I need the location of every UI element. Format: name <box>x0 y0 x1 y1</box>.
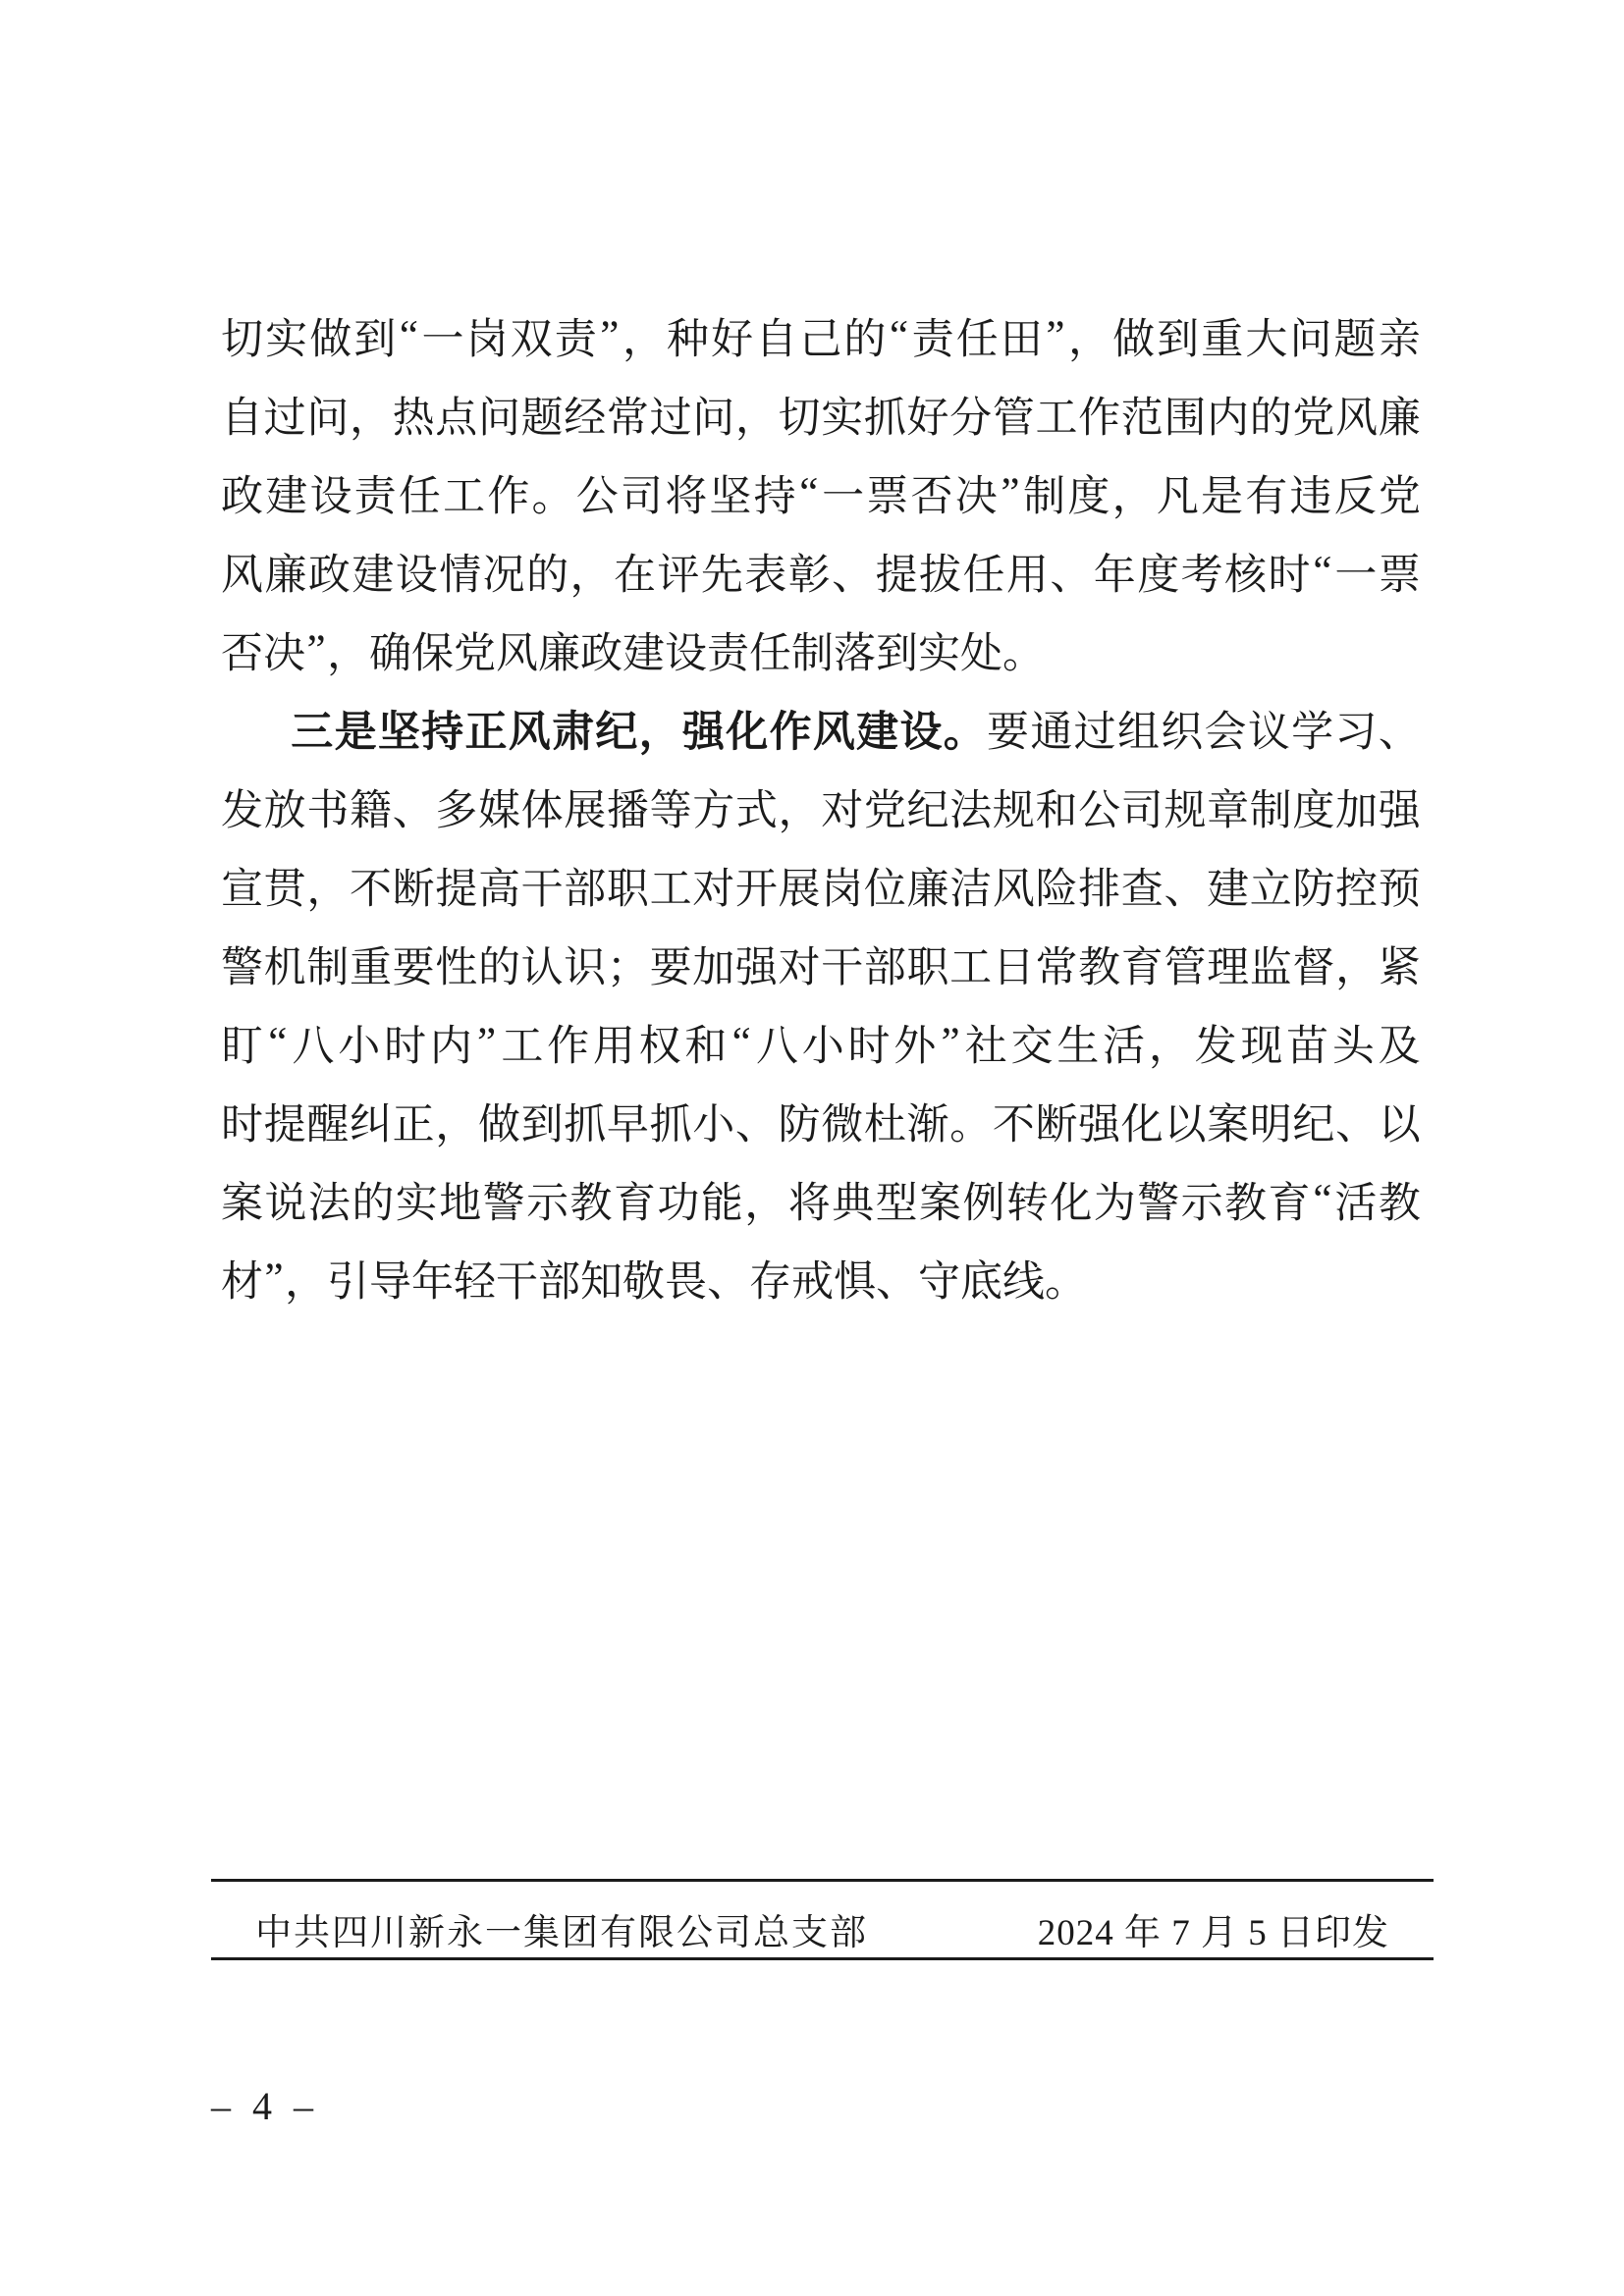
glyph: 到 <box>353 306 396 366</box>
glyph: 现 <box>1240 1013 1282 1073</box>
glyph: 监 <box>1250 934 1292 994</box>
glyph: 年 <box>411 1249 454 1308</box>
glyph: 度 <box>1292 777 1334 837</box>
glyph: 公 <box>1078 777 1120 837</box>
glyph: 确 <box>369 620 411 680</box>
glyph: 否 <box>221 620 263 680</box>
glyph: 早 <box>607 1092 649 1151</box>
document-page: 切实做到“一岗双责”，种好自己的“责任田”，做到重大问题亲自过问，热点问题经常过… <box>0 0 1624 2296</box>
glyph: 一 <box>822 463 864 523</box>
glyph: 过 <box>650 385 692 445</box>
glyph: 制 <box>306 934 349 994</box>
glyph: 问 <box>306 385 349 445</box>
glyph: 功 <box>657 1170 699 1230</box>
glyph: 工 <box>1035 385 1077 445</box>
glyph: 廉 <box>264 542 306 602</box>
glyph: 政 <box>580 620 623 680</box>
glyph: 惧 <box>834 1249 876 1308</box>
glyph: 工 <box>443 463 485 523</box>
glyph: 到 <box>521 1092 564 1151</box>
glyph: 防 <box>779 1092 821 1151</box>
glyph: 控 <box>1335 856 1378 916</box>
glyph: 设 <box>396 542 438 602</box>
glyph: ” <box>305 626 327 674</box>
glyph: 紧 <box>1379 934 1421 994</box>
glyph: 经 <box>564 385 606 445</box>
glyph: 说 <box>264 1170 306 1230</box>
colophon: 中共四川新永一集团有限公司总支部 2024 年 7 月 5 日印发 <box>211 1882 1434 1957</box>
glyph: 会 <box>1205 699 1247 759</box>
glyph: 盯 <box>221 1013 263 1073</box>
glyph: 表 <box>744 542 786 602</box>
glyph: 引 <box>327 1249 369 1308</box>
glyph: ” <box>599 312 621 360</box>
glyph: 将 <box>665 463 707 523</box>
glyph: 提 <box>435 856 477 916</box>
glyph: 彰 <box>788 542 831 602</box>
colophon-bottom-rule <box>211 1957 1434 1960</box>
glyph: 设 <box>899 699 942 759</box>
glyph: 种 <box>667 306 709 366</box>
glyph: 凡 <box>1157 463 1199 523</box>
glyph: 、 <box>1335 1092 1378 1151</box>
glyph: 、 <box>832 542 874 602</box>
glyph: 发 <box>1195 1013 1237 1073</box>
glyph: 管 <box>993 385 1035 445</box>
glyph: ， <box>735 385 778 445</box>
glyph: 岗 <box>821 856 863 916</box>
glyph: 警 <box>1137 1170 1179 1230</box>
glyph: 评 <box>657 542 699 602</box>
glyph: 工 <box>501 1013 543 1073</box>
glyph: 小 <box>692 1092 734 1151</box>
glyph: 权 <box>639 1013 681 1073</box>
glyph: 的 <box>478 934 520 994</box>
glyph: 洁 <box>949 856 992 916</box>
glyph: 坚 <box>709 463 751 523</box>
glyph: 、 <box>876 1249 918 1308</box>
glyph: 体 <box>521 777 564 837</box>
glyph: 建 <box>623 620 665 680</box>
glyph: 提 <box>876 542 918 602</box>
glyph: 日 <box>993 934 1035 994</box>
glyph: 一 <box>421 306 463 366</box>
glyph: 司 <box>1121 777 1164 837</box>
glyph: 风 <box>1335 385 1378 445</box>
glyph: ， <box>1149 1013 1191 1073</box>
glyph: 岗 <box>466 306 509 366</box>
glyph: 强 <box>682 699 725 759</box>
glyph: 肃 <box>552 699 594 759</box>
glyph: 公 <box>576 463 619 523</box>
glyph: 强 <box>1078 1092 1120 1151</box>
glyph: 的 <box>1250 385 1292 445</box>
glyph: “ <box>1312 1176 1333 1224</box>
glyph: 违 <box>1289 463 1331 523</box>
glyph: 活 <box>1103 1013 1145 1073</box>
text-line: 风廉政建设情况的，在评先表彰、提拔任用、年度考核时“一票 <box>221 532 1421 611</box>
glyph: 织 <box>1161 699 1203 759</box>
glyph: 断 <box>393 856 435 916</box>
glyph: 正 <box>464 699 507 759</box>
glyph: 实 <box>821 385 863 445</box>
glyph: 时 <box>847 1013 890 1073</box>
glyph: 教 <box>1224 1170 1267 1230</box>
glyph: 廉 <box>1379 385 1421 445</box>
glyph: 教 <box>1078 934 1120 994</box>
glyph: 情 <box>439 542 481 602</box>
glyph: 型 <box>876 1170 918 1230</box>
glyph: 制 <box>1023 463 1065 523</box>
glyph: “ <box>798 469 820 517</box>
glyph: 落 <box>834 620 876 680</box>
glyph: 开 <box>735 856 778 916</box>
glyph: 等 <box>650 777 692 837</box>
glyph: 要 <box>393 934 435 994</box>
glyph: 好 <box>907 385 949 445</box>
glyph: 化 <box>1050 1170 1092 1230</box>
glyph: 预 <box>1379 856 1421 916</box>
glyph: 己 <box>799 306 841 366</box>
glyph: 责 <box>354 463 397 523</box>
glyph: 处 <box>960 620 1002 680</box>
glyph: 三 <box>291 699 333 759</box>
glyph: 发 <box>221 777 263 837</box>
glyph: 放 <box>264 777 306 837</box>
glyph: 用 <box>1006 542 1049 602</box>
glyph: ， <box>435 1092 477 1151</box>
glyph: 纠 <box>350 1092 392 1151</box>
glyph: 部 <box>538 1249 580 1308</box>
glyph: 考 <box>1181 542 1223 602</box>
text-line: 自过问，热点问题经常过问，切实抓好分管工作范围内的党风廉 <box>221 375 1421 454</box>
glyph: 式 <box>735 777 778 837</box>
glyph: 位 <box>864 856 906 916</box>
glyph: 管 <box>1164 934 1206 994</box>
page-number: – 4 – <box>187 2083 344 2130</box>
glyph: 干 <box>496 1249 538 1308</box>
glyph: 双 <box>511 306 553 366</box>
glyph: ， <box>327 620 369 680</box>
glyph: 围 <box>1164 385 1206 445</box>
glyph: 职 <box>907 934 949 994</box>
glyph: 风 <box>509 699 551 759</box>
glyph: 作 <box>487 463 529 523</box>
glyph: 时 <box>1269 542 1311 602</box>
glyph: 杜 <box>864 1092 906 1151</box>
glyph: 守 <box>918 1249 960 1308</box>
glyph: 自 <box>755 306 797 366</box>
glyph: 规 <box>1164 777 1206 837</box>
glyph: ， <box>350 385 392 445</box>
glyph: 存 <box>749 1249 791 1308</box>
glyph: 纪 <box>1292 1092 1334 1151</box>
glyph: 亲 <box>1379 306 1421 366</box>
issuing-organization: 中共四川新永一集团有限公司总支部 <box>255 1902 868 1955</box>
glyph: 持 <box>754 463 796 523</box>
glyph: “ <box>1312 548 1333 596</box>
glyph: 持 <box>421 699 463 759</box>
glyph: 工 <box>949 934 992 994</box>
glyph: 政 <box>308 542 351 602</box>
glyph: 时 <box>221 1092 263 1151</box>
glyph: 习 <box>1334 699 1377 759</box>
text-line: 材”，引导年轻干部知敬畏、存戒惧、守底线。 <box>221 1239 1421 1317</box>
glyph: 党 <box>864 777 906 837</box>
glyph: 任 <box>956 306 999 366</box>
glyph: 廉 <box>538 620 580 680</box>
glyph: ， <box>285 1249 327 1308</box>
glyph: 、 <box>735 1092 778 1151</box>
glyph: 对 <box>779 934 821 994</box>
glyph: 部 <box>564 856 606 916</box>
glyph: 的 <box>352 1170 394 1230</box>
glyph: ， <box>744 1170 786 1230</box>
glyph: 决 <box>955 463 998 523</box>
glyph: 任 <box>749 620 791 680</box>
glyph: 戒 <box>791 1249 834 1308</box>
glyph: 制 <box>791 620 834 680</box>
glyph: 职 <box>607 856 649 916</box>
glyph: 小 <box>338 1013 380 1073</box>
glyph: 议 <box>1248 699 1290 759</box>
text-line: 时提醒纠正，做到抓早抓小、防微杜渐。不断强化以案明纪、以 <box>221 1082 1421 1160</box>
glyph: 识 <box>564 934 606 994</box>
paragraph-indent <box>221 728 290 729</box>
glyph: 做 <box>1112 306 1155 366</box>
glyph: 工 <box>650 856 692 916</box>
glyph: 险 <box>1035 856 1077 916</box>
glyph: 查 <box>1121 856 1164 916</box>
glyph: 题 <box>521 385 564 445</box>
glyph: 材 <box>221 1249 263 1308</box>
print-date: 2024 年 7 月 5 日印发 <box>1038 1902 1389 1955</box>
glyph: 建 <box>265 463 307 523</box>
glyph: 为 <box>1094 1170 1136 1230</box>
glyph: 抓 <box>864 385 906 445</box>
glyph: 法 <box>308 1170 351 1230</box>
glyph: 展 <box>564 777 606 837</box>
glyph: 苗 <box>1286 1013 1328 1073</box>
glyph: 实 <box>265 306 307 366</box>
text-line: 警机制重要性的认识；要加强对干部职工日常教育管理监督，紧 <box>221 925 1421 1003</box>
glyph: 重 <box>1201 306 1243 366</box>
glyph: 播 <box>607 777 649 837</box>
glyph: 籍 <box>350 777 392 837</box>
glyph: 能 <box>701 1170 743 1230</box>
glyph: 责 <box>555 306 597 366</box>
glyph: 展 <box>779 856 821 916</box>
glyph: 轻 <box>454 1249 496 1308</box>
glyph: 贯 <box>264 856 306 916</box>
glyph: 。 <box>532 463 574 523</box>
glyph: 对 <box>821 777 863 837</box>
glyph: 。 <box>1045 1249 1087 1308</box>
glyph: 建 <box>352 542 394 602</box>
glyph: 党 <box>1292 385 1334 445</box>
glyph: ， <box>639 699 681 759</box>
glyph: 重 <box>350 934 392 994</box>
glyph: 以 <box>1379 1092 1421 1151</box>
glyph: 警 <box>221 934 263 994</box>
glyph: 加 <box>1335 777 1378 837</box>
glyph: 在 <box>614 542 656 602</box>
glyph: ， <box>779 777 821 837</box>
glyph: 宣 <box>221 856 263 916</box>
glyph: 拔 <box>919 542 961 602</box>
glyph: 部 <box>864 934 906 994</box>
glyph: 将 <box>788 1170 831 1230</box>
text-line: 案说法的实地警示教育功能，将典型案例转化为警示教育“活教 <box>221 1160 1421 1239</box>
glyph: 大 <box>1245 306 1287 366</box>
glyph: 问 <box>1289 306 1331 366</box>
glyph: 制 <box>1250 777 1292 837</box>
glyph: 典 <box>832 1170 874 1230</box>
glyph: 责 <box>707 620 749 680</box>
glyph: 到 <box>1157 306 1199 366</box>
glyph: 内 <box>430 1013 472 1073</box>
glyph: 核 <box>1224 542 1267 602</box>
glyph: 案 <box>221 1170 263 1230</box>
glyph: 明 <box>1250 1092 1292 1151</box>
glyph: 媒 <box>478 777 520 837</box>
glyph: 提 <box>264 1092 306 1151</box>
glyph: 示 <box>1181 1170 1223 1230</box>
glyph: 要 <box>650 934 692 994</box>
glyph: 题 <box>1334 306 1377 366</box>
glyph: 。 <box>944 699 986 759</box>
glyph: 、 <box>1164 856 1206 916</box>
glyph: 高 <box>478 856 520 916</box>
glyph: 一 <box>1334 542 1377 602</box>
glyph: 生 <box>1056 1013 1099 1073</box>
glyph: 党 <box>454 620 496 680</box>
glyph: 八 <box>293 1013 335 1073</box>
glyph: 知 <box>580 1249 623 1308</box>
glyph: 化 <box>726 699 768 759</box>
glyph: 作 <box>770 699 812 759</box>
glyph: 抓 <box>650 1092 692 1151</box>
document-body: 切实做到“一岗双责”，种好自己的“责任田”，做到重大问题亲自过问，热点问题经常过… <box>221 296 1421 1317</box>
glyph: 规 <box>993 777 1035 837</box>
text-line: 盯“八小时内”工作用权和“八小时外”社交生活，发现苗头及 <box>221 1003 1421 1082</box>
glyph: 加 <box>692 934 734 994</box>
glyph: 育 <box>614 1170 656 1230</box>
glyph: 廉 <box>907 856 949 916</box>
glyph: “ <box>398 312 419 360</box>
glyph: 、 <box>1050 542 1092 602</box>
glyph: 。 <box>949 1092 992 1151</box>
glyph: 机 <box>264 934 306 994</box>
glyph: 育 <box>1269 1170 1311 1230</box>
glyph: 教 <box>570 1170 613 1230</box>
glyph: 好 <box>711 306 753 366</box>
glyph: 醒 <box>306 1092 349 1151</box>
glyph: ” <box>263 1255 285 1303</box>
glyph: 度 <box>1067 463 1110 523</box>
glyph: 做 <box>309 306 352 366</box>
glyph: ， <box>623 306 665 366</box>
glyph: 不 <box>350 856 392 916</box>
glyph: 风 <box>496 620 538 680</box>
glyph: 票 <box>866 463 908 523</box>
glyph: 案 <box>919 1170 961 1230</box>
glyph: 是 <box>335 699 377 759</box>
glyph: 通 <box>1030 699 1072 759</box>
glyph: 度 <box>1137 542 1179 602</box>
glyph: 政 <box>221 463 263 523</box>
glyph: 作 <box>547 1013 589 1073</box>
glyph: 多 <box>435 777 477 837</box>
glyph: 理 <box>1207 934 1249 994</box>
glyph: 方 <box>692 777 734 837</box>
glyph: 强 <box>1379 777 1421 837</box>
glyph: 社 <box>965 1013 1007 1073</box>
glyph: 田 <box>1001 306 1043 366</box>
glyph: 的 <box>843 306 886 366</box>
glyph: 风 <box>993 856 1035 916</box>
glyph: 、 <box>393 777 435 837</box>
glyph: “ <box>267 1019 289 1067</box>
glyph: 示 <box>526 1170 568 1230</box>
glyph: 对 <box>692 856 734 916</box>
glyph: ， <box>1112 463 1155 523</box>
glyph: 化 <box>1121 1092 1164 1151</box>
glyph: 抓 <box>564 1092 606 1151</box>
glyph: 、 <box>707 1249 749 1308</box>
glyph: “ <box>889 312 910 360</box>
glyph: 设 <box>309 463 352 523</box>
glyph: 过 <box>264 385 306 445</box>
glyph: 年 <box>1094 542 1136 602</box>
glyph: 纪 <box>595 699 637 759</box>
glyph: 渐 <box>907 1092 949 1151</box>
glyph: ” <box>1045 312 1066 360</box>
glyph: 不 <box>993 1092 1035 1151</box>
glyph: 书 <box>306 777 349 837</box>
glyph: 转 <box>1006 1170 1049 1230</box>
glyph: 及 <box>1379 1013 1421 1073</box>
glyph: 育 <box>1121 934 1164 994</box>
glyph: 司 <box>621 463 663 523</box>
glyph: 风 <box>813 699 855 759</box>
glyph: ， <box>1068 306 1110 366</box>
glyph: 教 <box>1379 1170 1421 1230</box>
glyph: 头 <box>1332 1013 1375 1073</box>
glyph: 实 <box>918 620 960 680</box>
glyph: 强 <box>735 934 778 994</box>
glyph: 学 <box>1291 699 1333 759</box>
glyph: ” <box>940 1019 961 1067</box>
glyph: 设 <box>665 620 707 680</box>
glyph: 以 <box>1164 1092 1206 1151</box>
glyph: 责 <box>912 306 954 366</box>
text-line: 政建设责任工作。公司将坚持“一票否决”制度，凡是有违反党 <box>221 454 1421 532</box>
glyph: 分 <box>949 385 992 445</box>
glyph: 点 <box>435 385 477 445</box>
glyph: 立 <box>1250 856 1292 916</box>
glyph: 法 <box>949 777 992 837</box>
glyph: 况 <box>483 542 525 602</box>
glyph: 认 <box>521 934 564 994</box>
glyph: 案 <box>1207 1092 1249 1151</box>
glyph: 导 <box>369 1249 411 1308</box>
glyph: 实 <box>396 1170 438 1230</box>
glyph: 畏 <box>665 1249 707 1308</box>
glyph: ， <box>570 542 613 602</box>
glyph: 警 <box>483 1170 525 1230</box>
glyph: ” <box>476 1019 498 1067</box>
